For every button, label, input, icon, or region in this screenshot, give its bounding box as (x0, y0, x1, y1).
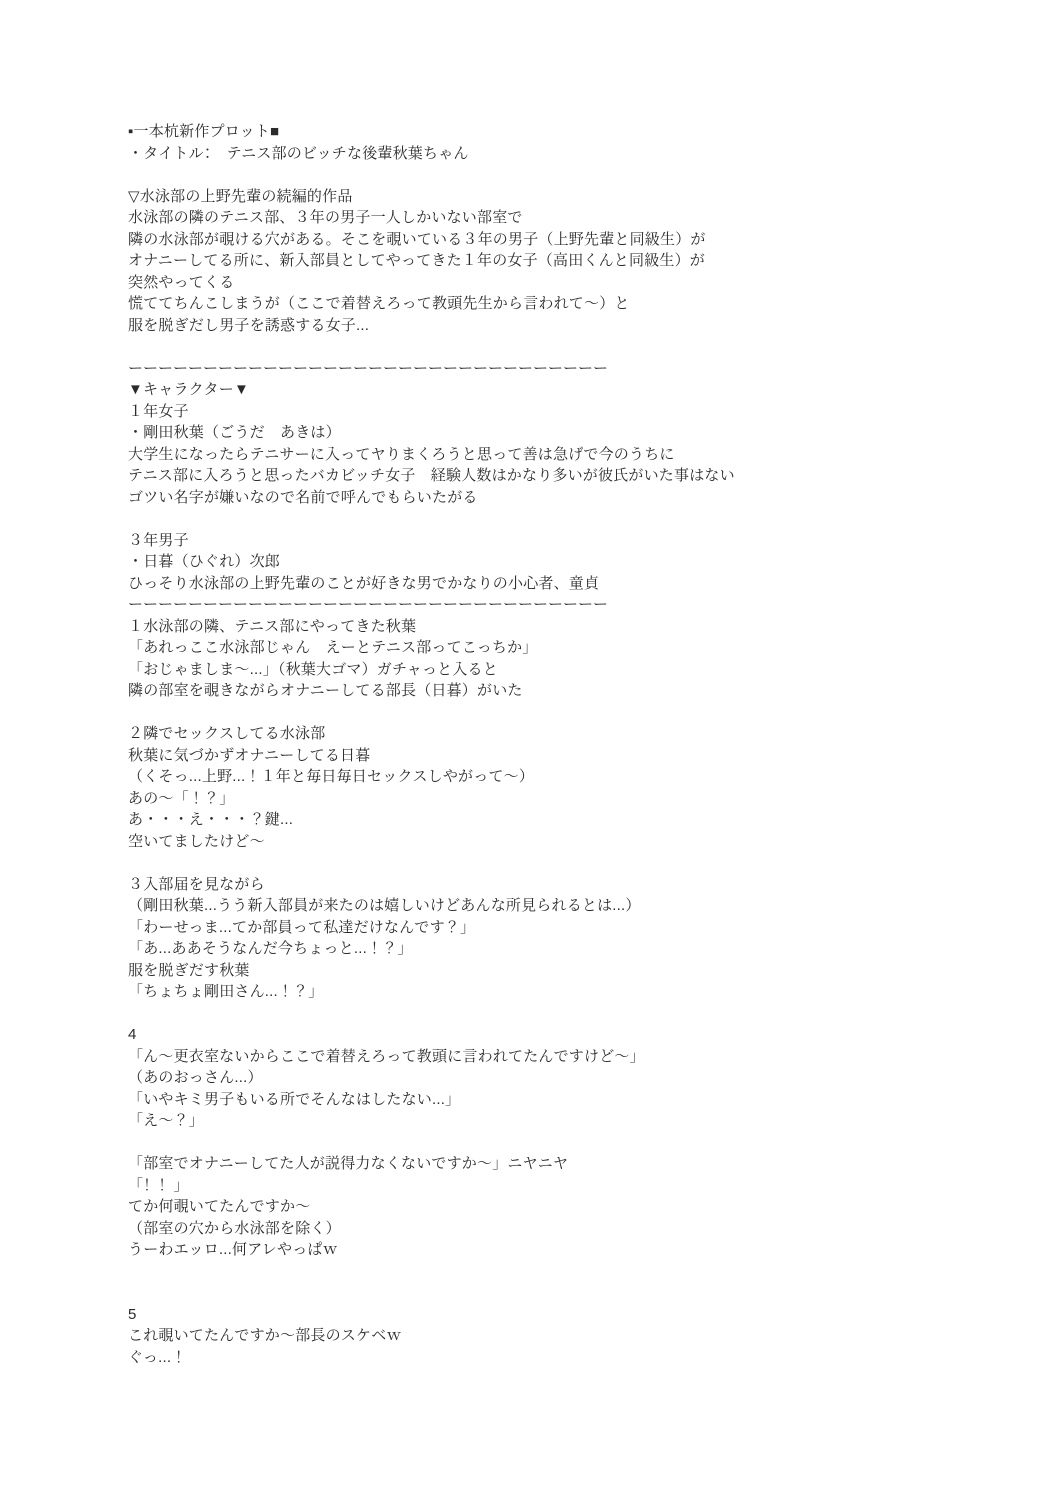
text-line: 服を脱ぎだし男子を誘惑する女子... (128, 315, 1008, 337)
text-line: 「わーせっま...てか部員って私達だけなんです？」 (128, 917, 1008, 939)
text-line: 「あれっここ水泳部じゃん えーとテニス部ってこっちか」 (128, 637, 1008, 659)
text-line: ・剛田秋葉（ごうだ あきは） (128, 422, 1008, 444)
text-line: てか何覗いてたんですか～ (128, 1196, 1008, 1218)
text-line: 隣の水泳部が覗ける穴がある。そこを覗いている３年の男子（上野先輩と同級生）が (128, 229, 1008, 251)
text-line: （くそっ...上野...！１年と毎日毎日セックスしやがって～） (128, 766, 1008, 788)
blank-line (128, 1282, 1008, 1304)
blank-line (128, 164, 1008, 186)
text-line: ▽水泳部の上野先輩の続編的作品 (128, 186, 1008, 208)
text-line: 大学生になったらテニサーに入ってヤりまくろうと思って善は急げで今のうちに (128, 444, 1008, 466)
text-line: ・日暮（ひぐれ）次郎 (128, 551, 1008, 573)
text-line: 「おじゃましま～...」（秋葉大ゴマ）ガチャっと入ると (128, 659, 1008, 681)
separator-line: ーーーーーーーーーーーーーーーーーーーーーーーーーーーーーーーー (128, 594, 1008, 616)
text-line: 突然やってくる (128, 272, 1008, 294)
blank-line (128, 702, 1008, 724)
text-line: 服を脱ぎだす秋葉 (128, 960, 1008, 982)
text-line: 「いやキミ男子もいる所でそんなはしたない...」 (128, 1089, 1008, 1111)
text-line: １年女子 (128, 401, 1008, 423)
text-line: （あのおっさん...） (128, 1067, 1008, 1089)
text-line: オナニーしてる所に、新入部員としてやってきた１年の女子（高田くんと同級生）が (128, 250, 1008, 272)
blank-line (128, 1132, 1008, 1154)
text-line: 水泳部の隣のテニス部、３年の男子一人しかいない部室で (128, 207, 1008, 229)
text-line: 4 (128, 1024, 1008, 1046)
blank-line (128, 336, 1008, 358)
text-line: ▼キャラクター▼ (128, 379, 1008, 401)
text-line: （剛田秋葉...うう新入部員が来たのは嬉しいけどあんな所見られるとは...） (128, 895, 1008, 917)
text-line: 「あ...ああそうなんだ今ちょっと...！？」 (128, 938, 1008, 960)
blank-line (128, 1003, 1008, 1025)
text-line: 秋葉に気づかずオナニーしてる日暮 (128, 745, 1008, 767)
text-line: ぐっ...！ (128, 1347, 1008, 1369)
blank-line (128, 508, 1008, 530)
text-line: １水泳部の隣、テニス部にやってきた秋葉 (128, 616, 1008, 638)
text-line: ゴツい名字が嫌いなので名前で呼んでもらいたがる (128, 487, 1008, 509)
separator-line: ーーーーーーーーーーーーーーーーーーーーーーーーーーーーーーーー (128, 358, 1008, 380)
text-line: 慌ててちんこしまうが（ここで着替えろって教頭先生から言われて～）と (128, 293, 1008, 315)
text-line: 「ん～更衣室ないからここで着替えろって教頭に言われてたんですけど～」 (128, 1046, 1008, 1068)
text-line: あの～「！？」 (128, 788, 1008, 810)
text-line: 空いてましたけど～ (128, 831, 1008, 853)
text-line: テニス部に入ろうと思ったバカビッチ女子 経験人数はかなり多いが彼氏がいた事はない (128, 465, 1008, 487)
text-line: ３入部届を見ながら (128, 874, 1008, 896)
text-line: うーわエッロ...何アレやっぱｗ (128, 1239, 1008, 1261)
text-line: 「え～？」 (128, 1110, 1008, 1132)
text-line: ２隣でセックスしてる水泳部 (128, 723, 1008, 745)
text-line: 「部室でオナニーしてた人が説得力なくないですか～」ニヤニヤ (128, 1153, 1008, 1175)
text-line: 「ちょちょ剛田さん...！？」 (128, 981, 1008, 1003)
text-line: ３年男子 (128, 530, 1008, 552)
text-line: ・タイトル： テニス部のビッチな後輩秋葉ちゃん (128, 143, 1008, 165)
text-line: 5 (128, 1304, 1008, 1326)
text-line: 「！！」 (128, 1175, 1008, 1197)
text-line: これ覗いてたんですか～部長のスケベｗ (128, 1325, 1008, 1347)
text-line: 隣の部室を覗きながらオナニーしてる部長（日暮）がいた (128, 680, 1008, 702)
blank-line (128, 852, 1008, 874)
text-line: ひっそり水泳部の上野先輩のことが好きな男でかなりの小心者、童貞 (128, 573, 1008, 595)
text-line: （部室の穴から水泳部を除く） (128, 1218, 1008, 1240)
text-line: あ・・・え・・・？鍵... (128, 809, 1008, 831)
text-line: ▪一本杭新作プロット■ (128, 121, 1008, 143)
blank-line (128, 1261, 1008, 1283)
text-content: ▪一本杭新作プロット■・タイトル： テニス部のビッチな後輩秋葉ちゃん ▽水泳部の… (128, 121, 1008, 1368)
document-page: ▪一本杭新作プロット■・タイトル： テニス部のビッチな後輩秋葉ちゃん ▽水泳部の… (0, 0, 1057, 1500)
